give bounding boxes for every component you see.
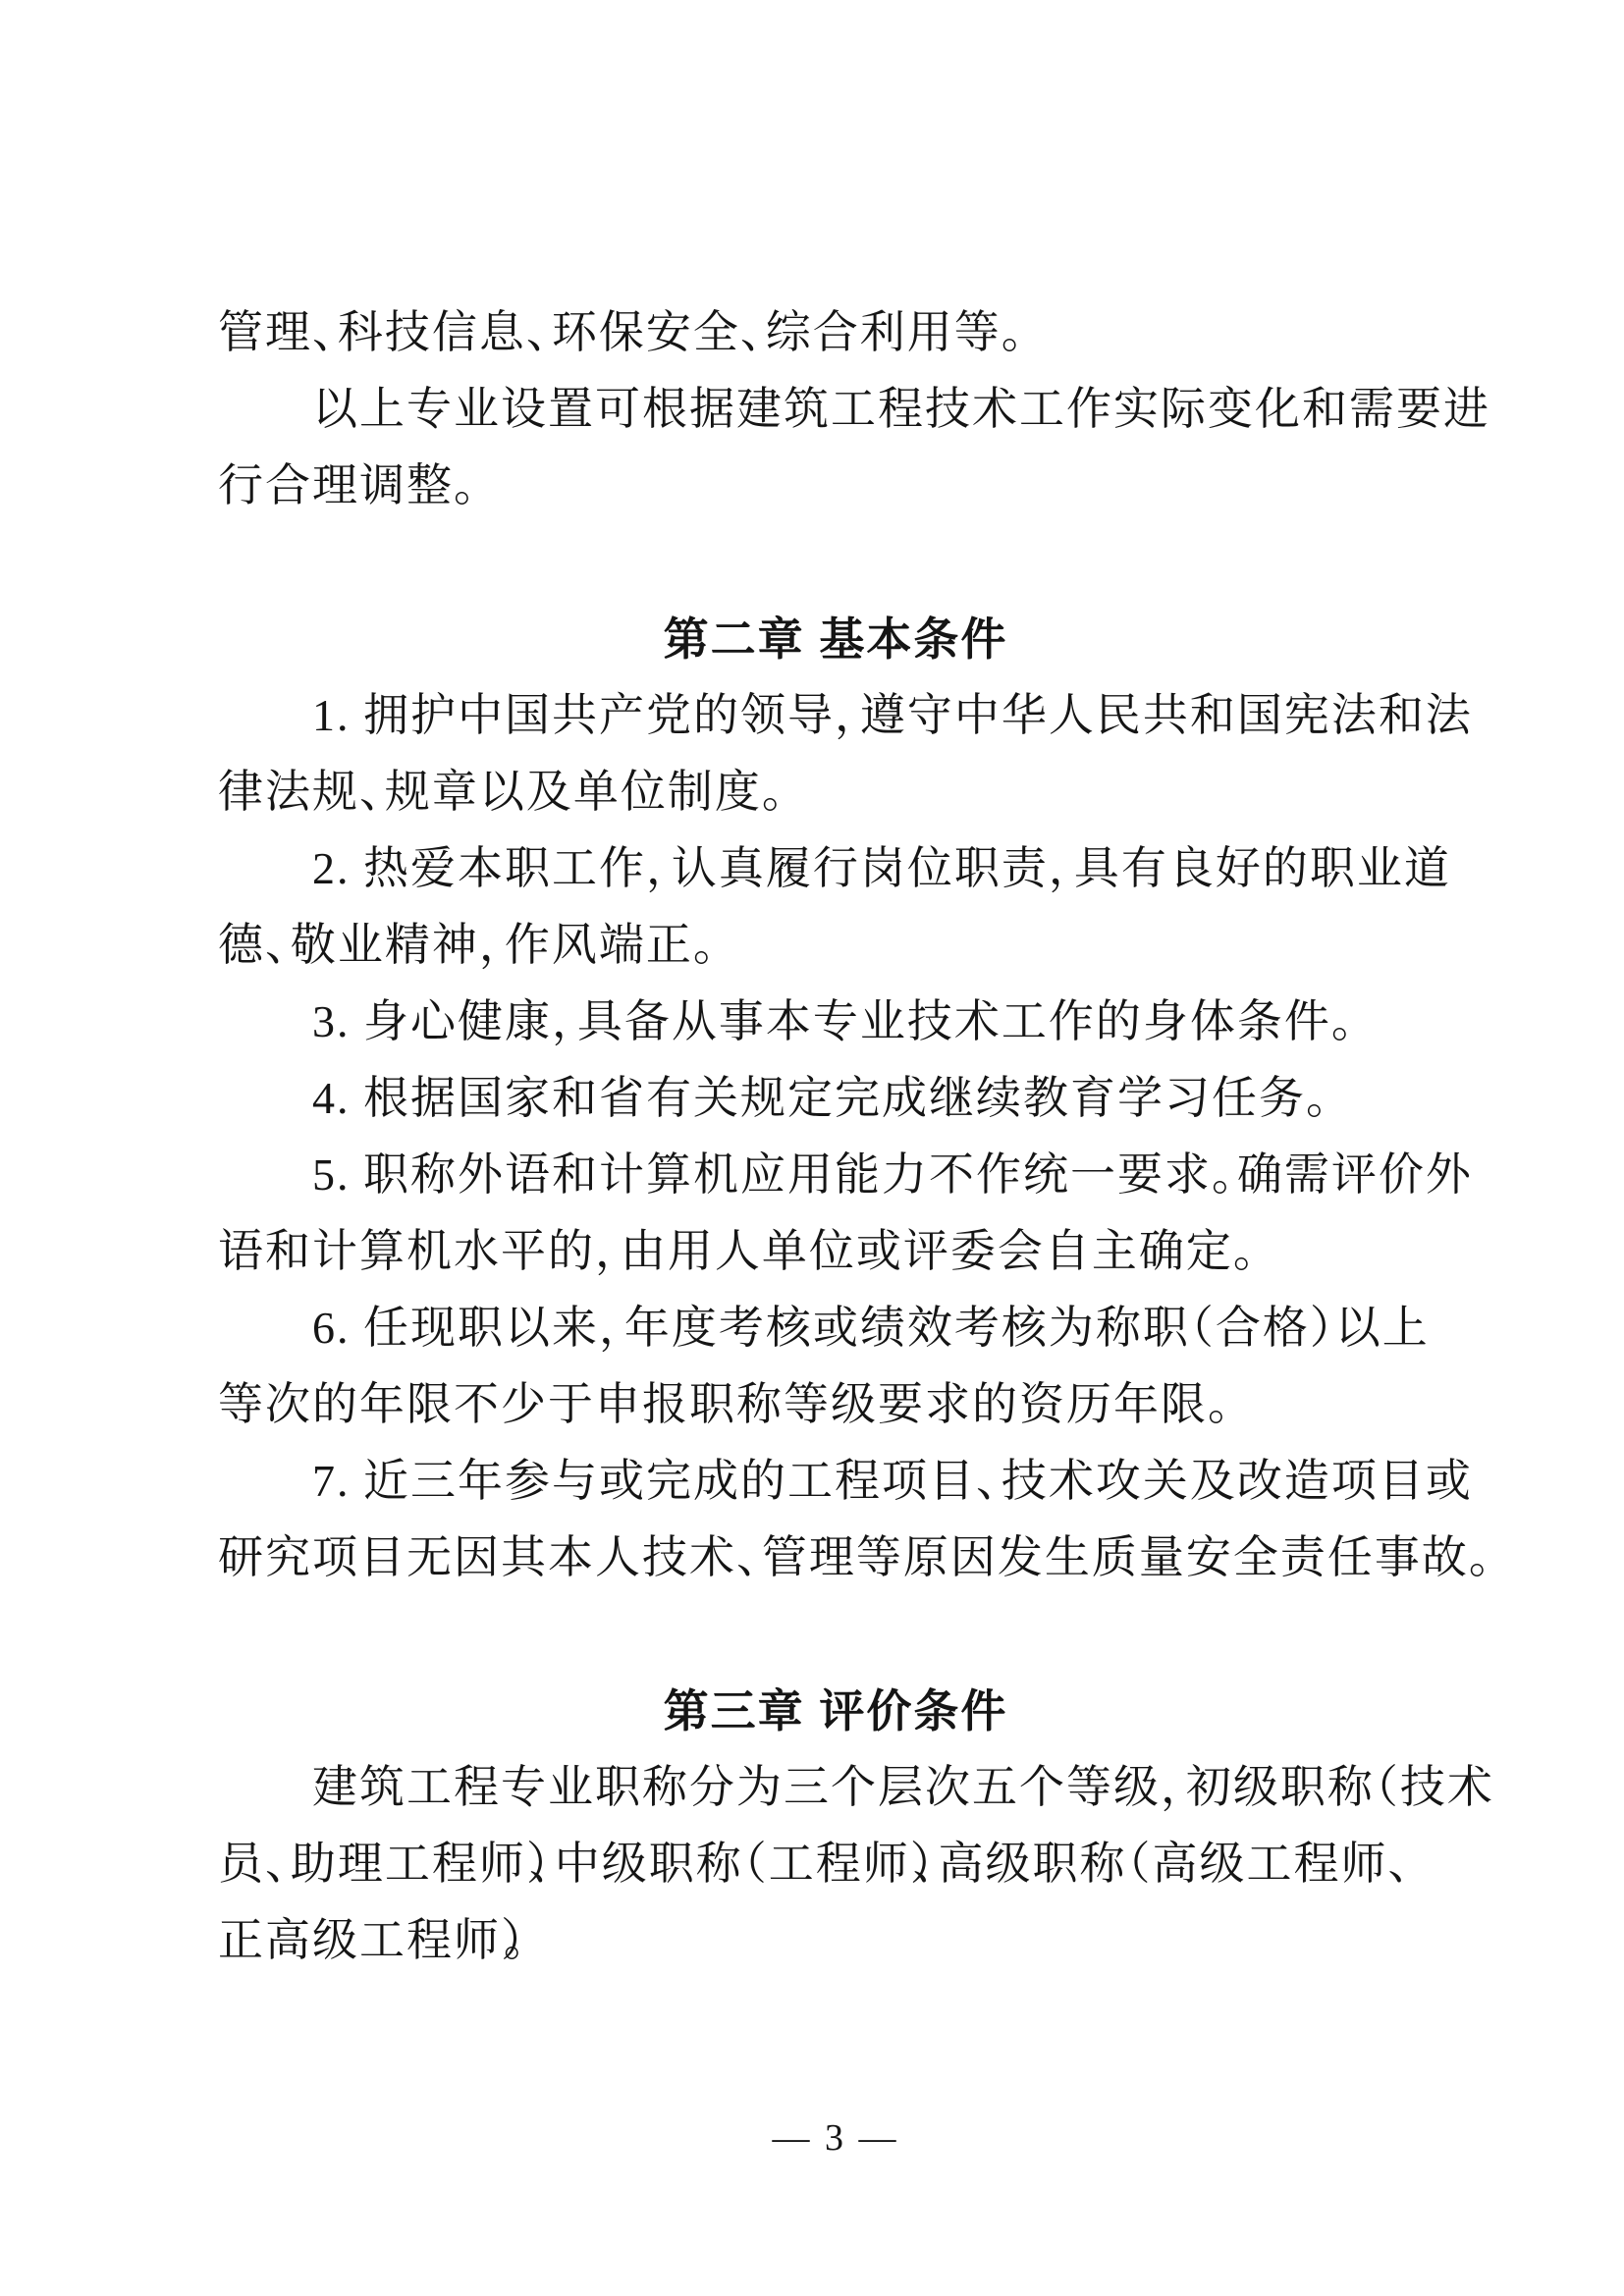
- chapter-heading: 第二章 基本条件: [218, 601, 1453, 677]
- punctuation: 。: [1212, 1149, 1259, 1200]
- blank-line: [218, 524, 1453, 601]
- document-line: 员、助理工程师）、中级职称（工程师）、高级职称（高级工程师、: [218, 1826, 1453, 1902]
- blank-line: [218, 1596, 1453, 1673]
- punctuation: 。: [1001, 307, 1049, 357]
- document-line: 研究项目无因其本人技术、管理等原因发生质量安全责任事故。: [218, 1520, 1453, 1596]
- document-body: 管理、科技信息、环保安全、综合利用等。以上专业设置可根据建筑工程技术工作实际变化…: [218, 294, 1453, 1979]
- document-line: 7. 近三年参与或完成的工程项目、技术攻关及改造项目或: [218, 1443, 1453, 1520]
- punctuation: 。: [1306, 1073, 1353, 1123]
- document-line: 律法规、规章以及单位制度。: [218, 754, 1453, 830]
- document-line: 3. 身心健康，具备从事本专业技术工作的身体条件。: [218, 984, 1453, 1060]
- punctuation: 。: [1469, 1532, 1516, 1582]
- document-line: 5. 职称外语和计算机应用能力不作统一要求。确需评价外: [218, 1137, 1453, 1213]
- document-line: 正高级工程师）。: [218, 1902, 1453, 1979]
- chapter-heading: 第三章 评价条件: [218, 1673, 1453, 1749]
- punctuation: 、: [736, 1532, 784, 1582]
- document-line: 行合理调整。: [218, 448, 1453, 524]
- document-line: 以上专业设置可根据建筑工程技术工作实际变化和需要进: [218, 371, 1453, 448]
- document-line: 4. 根据国家和省有关规定完成继续教育学习任务。: [218, 1060, 1453, 1137]
- punctuation: 、: [265, 920, 312, 970]
- document-line: 1. 拥护中国共产党的领导，遵守中华人民共和国宪法和法: [218, 677, 1453, 754]
- punctuation: 。: [1208, 1379, 1255, 1429]
- document-line: 建筑工程专业职称分为三个层次五个等级，初级职称（技术: [218, 1749, 1453, 1826]
- punctuation: 、: [976, 1456, 1023, 1506]
- punctuation: 、: [1387, 1839, 1435, 1889]
- punctuation: ，: [1049, 843, 1096, 893]
- punctuation: 、: [312, 307, 359, 357]
- punctuation: （: [722, 1839, 769, 1889]
- punctuation: （: [1105, 1839, 1152, 1889]
- punctuation: 、: [265, 1839, 312, 1889]
- punctuation: 。: [693, 920, 740, 970]
- punctuation: 。: [454, 460, 501, 510]
- document-line: 管理、科技信息、环保安全、综合利用等。: [218, 294, 1453, 371]
- document-line: 语和计算机水平的，由用人单位或评委会自主确定。: [218, 1213, 1453, 1290]
- punctuation: ，: [835, 690, 882, 740]
- document-page: 管理、科技信息、环保安全、综合利用等。以上专业设置可根据建筑工程技术工作实际变化…: [0, 0, 1624, 2296]
- document-line: 6. 任现职以来，年度考核或绩效考核为称职（合格）以上: [218, 1290, 1453, 1366]
- punctuation: ，: [552, 996, 599, 1046]
- punctuation: 、: [529, 1839, 576, 1889]
- punctuation: ，: [646, 843, 693, 893]
- punctuation: 、: [359, 767, 406, 817]
- punctuation: 、: [740, 307, 787, 357]
- punctuation: ，: [595, 1226, 642, 1276]
- punctuation: ）: [1310, 1303, 1357, 1353]
- punctuation: 。: [762, 767, 809, 817]
- punctuation: ，: [479, 920, 526, 970]
- document-line: 2. 热爱本职工作，认真履行岗位职责，具有良好的职业道: [218, 830, 1453, 907]
- page-number: — 3 —: [218, 2109, 1453, 2167]
- punctuation: 、: [526, 307, 573, 357]
- punctuation: 、: [913, 1839, 960, 1889]
- punctuation: 。: [1331, 996, 1379, 1046]
- punctuation: 。: [1233, 1226, 1280, 1276]
- punctuation: （: [1168, 1303, 1216, 1353]
- punctuation: ，: [599, 1303, 646, 1353]
- punctuation: （: [1353, 1762, 1400, 1812]
- punctuation: 。: [504, 1915, 551, 1965]
- document-line: 德、敬业精神，作风端正。: [218, 907, 1453, 984]
- document-line: 等次的年限不少于申报职称等级要求的资历年限。: [218, 1366, 1453, 1443]
- punctuation: ，: [1161, 1762, 1208, 1812]
